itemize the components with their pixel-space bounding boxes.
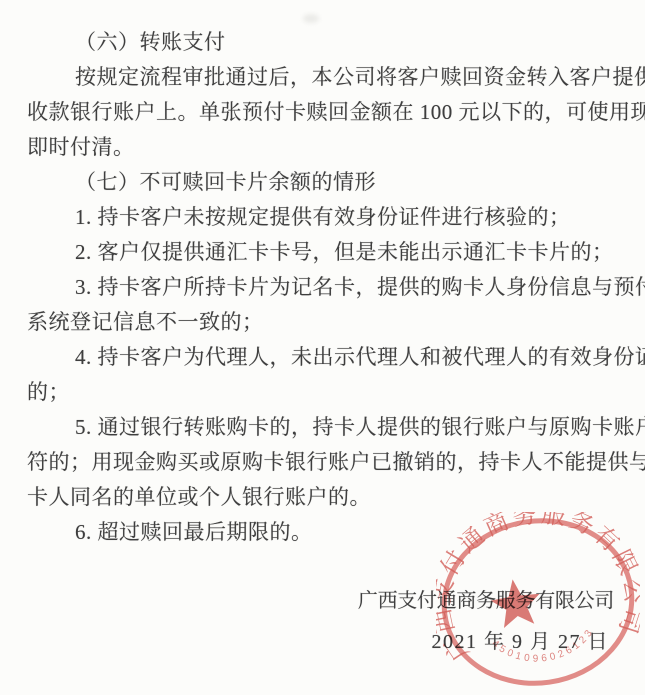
doc-line: 即时付清。 xyxy=(27,130,615,165)
scan-smudge xyxy=(303,14,319,23)
signature-company-name: 广西支付通商务服务有限公司 xyxy=(358,584,614,613)
doc-line: 4. 持卡客户为代理人，未出示代理人和被代理人的有效身份证件 xyxy=(27,340,615,375)
doc-line: 卡人同名的单位或个人银行账户的。 xyxy=(27,480,615,515)
doc-line: 1. 持卡客户未按规定提供有效身份证件进行核验的； xyxy=(27,200,615,235)
doc-line: （六）转账支付 xyxy=(27,25,615,60)
doc-line: 6. 超过赎回最后期限的。 xyxy=(27,515,615,550)
doc-line: 符的；用现金购买或原购卡银行账户已撤销的，持卡人不能提供与购 xyxy=(27,445,615,480)
document-body: （六）转账支付 按规定流程审批通过后，本公司将客户赎回资金转入客户提供的 收款银… xyxy=(27,25,615,550)
doc-line: 收款银行账户上。单张预付卡赎回金额在 100 元以下的，可使用现金 xyxy=(27,95,615,130)
document-page: （六）转账支付 按规定流程审批通过后，本公司将客户赎回资金转入客户提供的 收款银… xyxy=(0,0,645,695)
doc-line: （七）不可赎回卡片余额的情形 xyxy=(27,165,615,200)
doc-line: 系统登记信息不一致的； xyxy=(27,305,615,340)
doc-line: 3. 持卡客户所持卡片为记名卡，提供的购卡人身份信息与预付卡 xyxy=(27,270,615,305)
signature-date: 2021 年 9 月 27 日 xyxy=(432,625,610,654)
doc-line: 按规定流程审批通过后，本公司将客户赎回资金转入客户提供的 xyxy=(27,60,615,95)
doc-line: 5. 通过银行转账购卡的，持卡人提供的银行账户与原购卡账户不 xyxy=(27,410,615,445)
doc-line: 的； xyxy=(27,375,615,410)
doc-line: 2. 客户仅提供通汇卡卡号，但是未能出示通汇卡卡片的； xyxy=(27,235,615,270)
